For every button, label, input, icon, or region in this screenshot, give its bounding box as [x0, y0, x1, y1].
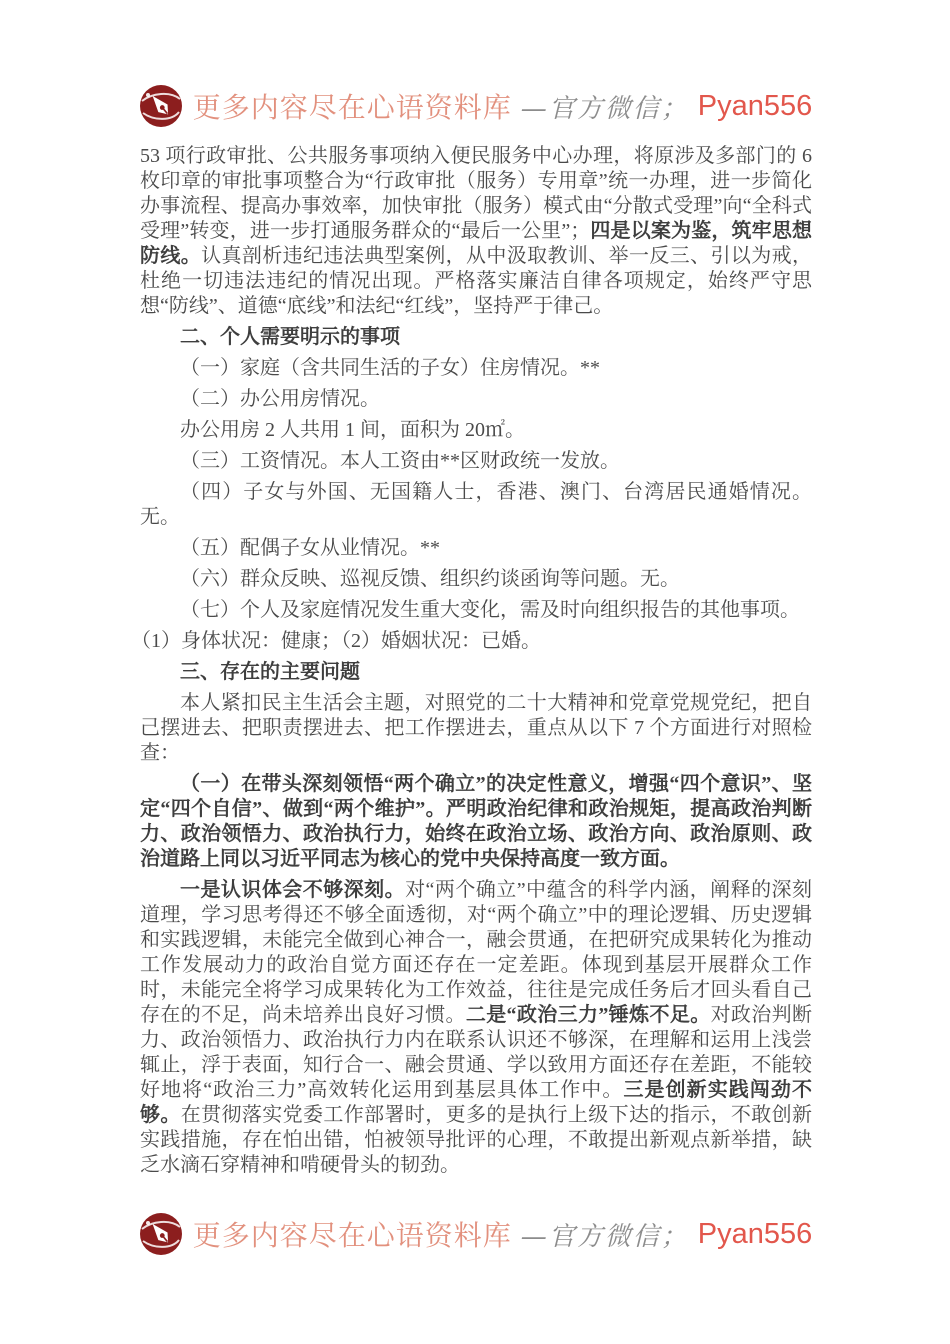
paragraph: （四）子女与外国、无国籍人士，香港、澳门、台湾居民通婚情况。无。 — [140, 480, 812, 530]
document-page: 更多内容尽在心语资料库 —官方微信； Pyan556 53 项行政审批、公共服务… — [0, 0, 950, 1344]
watermark-wechat-id: Pyan556 — [698, 1218, 813, 1251]
text-run: （二）办公用房情况。 — [180, 388, 380, 410]
watermark-wechat-id: Pyan556 — [698, 90, 813, 123]
bold-text-run: 二是“政治三力”锤炼不足。 — [466, 1004, 711, 1026]
text-run: 在贯彻落实党委工作部署时，更多的是执行上级下达的指示，不敢创新实践措施，存在怕出… — [140, 1104, 812, 1176]
text-run: 办公用房 2 人共用 1 间，面积为 20㎡。 — [180, 419, 525, 441]
bold-text-run: （一）在带头深刻领悟“两个确立”的决定性意义，增强“四个意识”、坚定“四个自信”… — [140, 773, 812, 870]
text-run: （六）群众反映、巡视反馈、组织约谈函询等问题。无。 — [180, 568, 680, 590]
paragraph: （一）家庭（含共同生活的子女）住房情况。** — [140, 356, 812, 381]
pen-nib-seal-icon — [138, 1211, 184, 1257]
text-run: 认真剖析违纪违法典型案例，从中汲取教训、举一反三、引以为戒，杜绝一切违法违纪的情… — [140, 245, 812, 317]
pen-nib-seal-icon — [138, 83, 184, 129]
watermark-wechat-label: —官方微信； — [521, 88, 689, 125]
document-body: 53 项行政审批、公共服务事项纳入便民服务中心办理，将原涉及多部门的 6 枚印章… — [140, 144, 812, 1184]
paragraph: （三）工资情况。本人工资由**区财政统一发放。 — [140, 449, 812, 474]
bold-text-run: 二、个人需要明示的事项 — [180, 326, 400, 348]
paragraph: 53 项行政审批、公共服务事项纳入便民服务中心办理，将原涉及多部门的 6 枚印章… — [140, 144, 812, 319]
footer-watermark: 更多内容尽在心语资料库 —官方微信； Pyan556 — [0, 1208, 950, 1260]
text-run: （一）家庭（含共同生活的子女）住房情况。** — [180, 357, 600, 379]
text-run: （七）个人及家庭情况发生重大变化，需及时向组织报告的其他事项。 — [180, 599, 800, 621]
text-run: （三）工资情况。本人工资由**区财政统一发放。 — [180, 450, 620, 472]
bold-text-run: 一是认识体会不够深刻。 — [180, 879, 405, 901]
paragraph: （一）在带头深刻领悟“两个确立”的决定性意义，增强“四个意识”、坚定“四个自信”… — [140, 772, 812, 872]
section-heading: 三、存在的主要问题 — [140, 660, 812, 685]
paragraph: （二）办公用房情况。 — [140, 387, 812, 412]
text-run: （五）配偶子女从业情况。** — [180, 537, 440, 559]
paragraph: （1）身体状况：健康；（2）婚姻状况：已婚。 — [140, 629, 812, 654]
watermark-brand-text: 更多内容尽在心语资料库 — [193, 1214, 512, 1254]
paragraph: 办公用房 2 人共用 1 间，面积为 20㎡。 — [140, 418, 812, 443]
paragraph: 本人紧扣民主生活会主题，对照党的二十大精神和党章党规党纪，把自己摆进去、把职责摆… — [140, 691, 812, 766]
bold-text-run: 三、存在的主要问题 — [180, 661, 360, 683]
watermark-brand-text: 更多内容尽在心语资料库 — [193, 86, 512, 126]
text-run: （四）子女与外国、无国籍人士，香港、澳门、台湾居民通婚情况。无。 — [140, 481, 812, 528]
text-run: （1）身体状况：健康；（2）婚姻状况：已婚。 — [131, 630, 541, 652]
paragraph: （五）配偶子女从业情况。** — [140, 536, 812, 561]
header-watermark: 更多内容尽在心语资料库 —官方微信； Pyan556 — [0, 80, 950, 132]
paragraph: （六）群众反映、巡视反馈、组织约谈函询等问题。无。 — [140, 567, 812, 592]
text-run: 本人紧扣民主生活会主题，对照党的二十大精神和党章党规党纪，把自己摆进去、把职责摆… — [140, 692, 812, 764]
section-heading: 二、个人需要明示的事项 — [140, 325, 812, 350]
paragraph: 一是认识体会不够深刻。对“两个确立”中蕴含的科学内涵，阐释的深刻道理，学习思考得… — [140, 878, 812, 1178]
paragraph: （七）个人及家庭情况发生重大变化，需及时向组织报告的其他事项。 — [140, 598, 812, 623]
watermark-wechat-label: —官方微信； — [521, 1216, 689, 1253]
